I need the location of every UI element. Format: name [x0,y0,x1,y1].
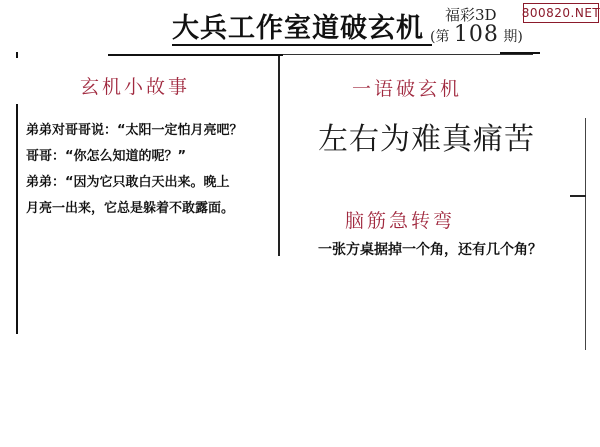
border-tick-right [570,195,586,197]
riddle-section-title: 脑筋急转弯 [345,206,455,233]
border-left [16,104,18,334]
riddle-text: 一张方桌据掉一个角，还有几个角？ [318,240,580,274]
page-title: 大兵工作室道破玄机 [172,6,424,45]
story-text: 弟弟对哥哥说：“太阳一定怕月亮吧？ 哥哥：“你怎么知道的呢？” 弟弟：“因为它只… [26,118,286,222]
issue-suffix: 期) [503,29,522,45]
issue-value: 108 [454,22,499,47]
story-line: 月亮一出来，它总是躲着不敢露面。 [26,196,286,222]
phrase-text: 左右为难真痛苦 [318,114,535,158]
issue-number: (第 108 期) [430,22,523,47]
border-right [585,118,586,350]
watermark-badge: 800820.NET [523,3,599,23]
story-line: 弟弟：“因为它只敢白天出来。晚上 [26,170,286,196]
title-underline [172,44,432,46]
phrase-section-title: 一语破玄机 [352,74,462,101]
story-line: 哥哥：“你怎么知道的呢？” [26,144,286,170]
border-tick-left [16,52,18,58]
story-line: 弟弟对哥哥说：“太阳一定怕月亮吧？ [26,118,286,144]
issue-prefix: (第 [430,29,449,45]
story-section-title: 玄机小故事 [80,72,190,99]
divider-top-left [108,54,283,56]
divider-top-right [283,54,533,55]
